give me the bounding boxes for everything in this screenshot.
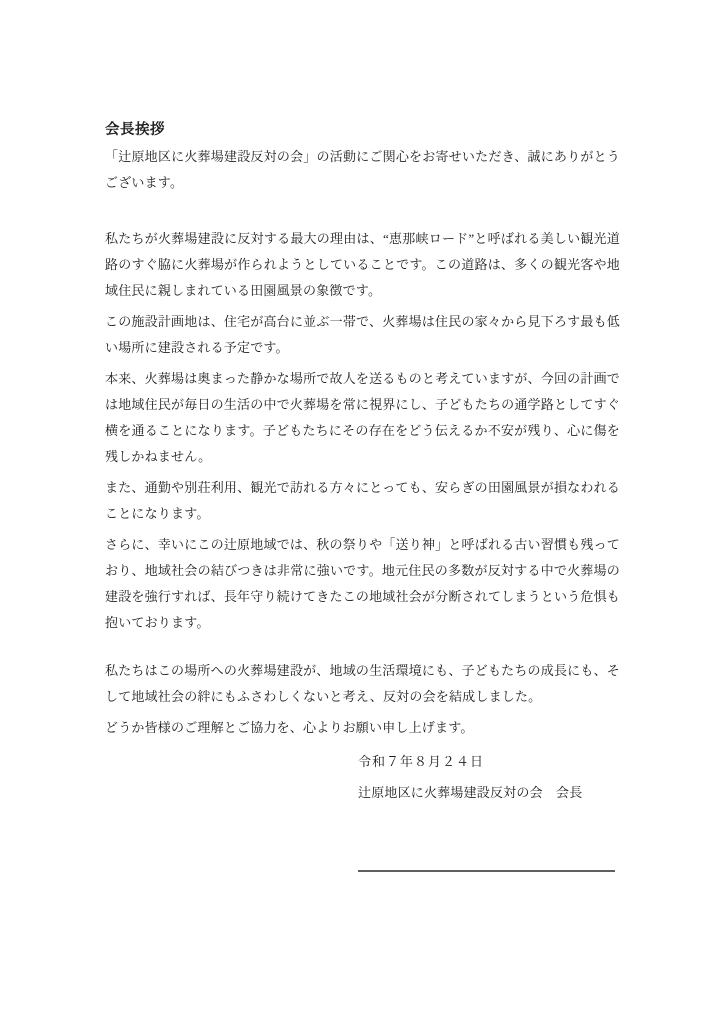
paragraph-greeting: 「辻原地区に火葬場建設反対の会」の活動にご関心をお寄せいただき、誠にありがとうご… [105,144,620,196]
paragraph-site-location: この施設計画地は、住宅が高台に並ぶ一帯で、火葬場は住民の家々から見下ろす最も低い… [105,309,620,361]
paragraph-community-bonds: さらに、幸いにこの辻原地域では、秋の祭りや「送り神」と呼ばれる古い習慣も残ってお… [105,532,620,636]
closing-block: 令和７年８月２４日 辻原地区に火葬場建設反対の会 会長 [105,749,620,806]
signature-line: 辻原地区に火葬場建設反対の会 会長 [358,780,620,806]
paragraph-main-reason: 私たちが火葬場建設に反対する最大の理由は、“恵那峡ロード”と呼ばれる美しい観光道… [105,226,620,304]
paragraph-request: どうか皆様のご理解とご協力を、心よりお願い申し上げます。 [105,715,620,741]
page-title: 会長挨拶 [105,120,620,140]
paragraph-visitors-impact: また、通勤や別荘利用、観光で訪れる方々にとっても、安らぎの田園風景が損なわれるこ… [105,475,620,527]
document-page: 会長挨拶 「辻原地区に火葬場建設反対の会」の活動にご関心をお寄せいただき、誠にあ… [0,0,724,1024]
paragraph-conclusion: 私たちはこの場所への火葬場建設が、地域の生活環境にも、子どもたちの成長にも、そし… [105,658,620,710]
document-date: 令和７年８月２４日 [358,749,620,775]
signature-underline [358,870,615,872]
paragraph-daily-life-impact: 本来、火葬場は奥まった静かな場所で故人を送るものと考えていますが、今回の計画では… [105,366,620,470]
